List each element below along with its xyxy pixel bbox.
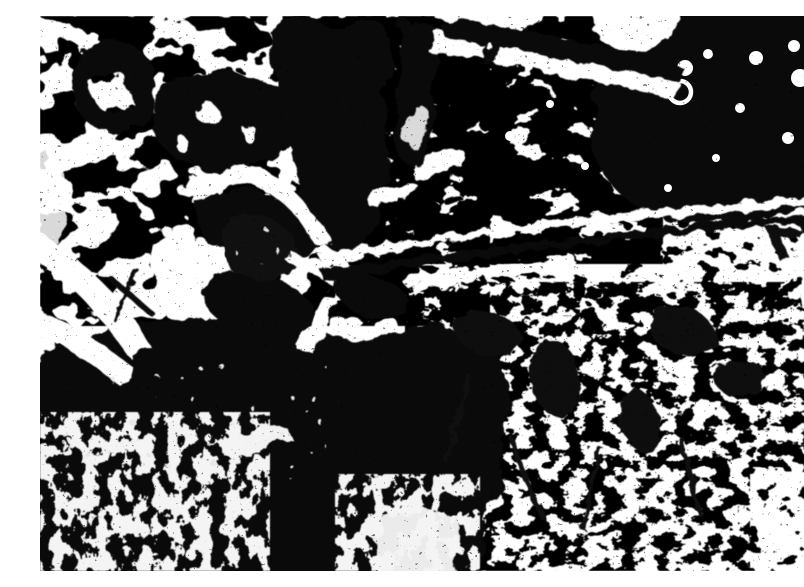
photograph bbox=[40, 16, 804, 571]
film-grain-overlay bbox=[40, 16, 804, 571]
photo-canvas bbox=[40, 16, 804, 571]
